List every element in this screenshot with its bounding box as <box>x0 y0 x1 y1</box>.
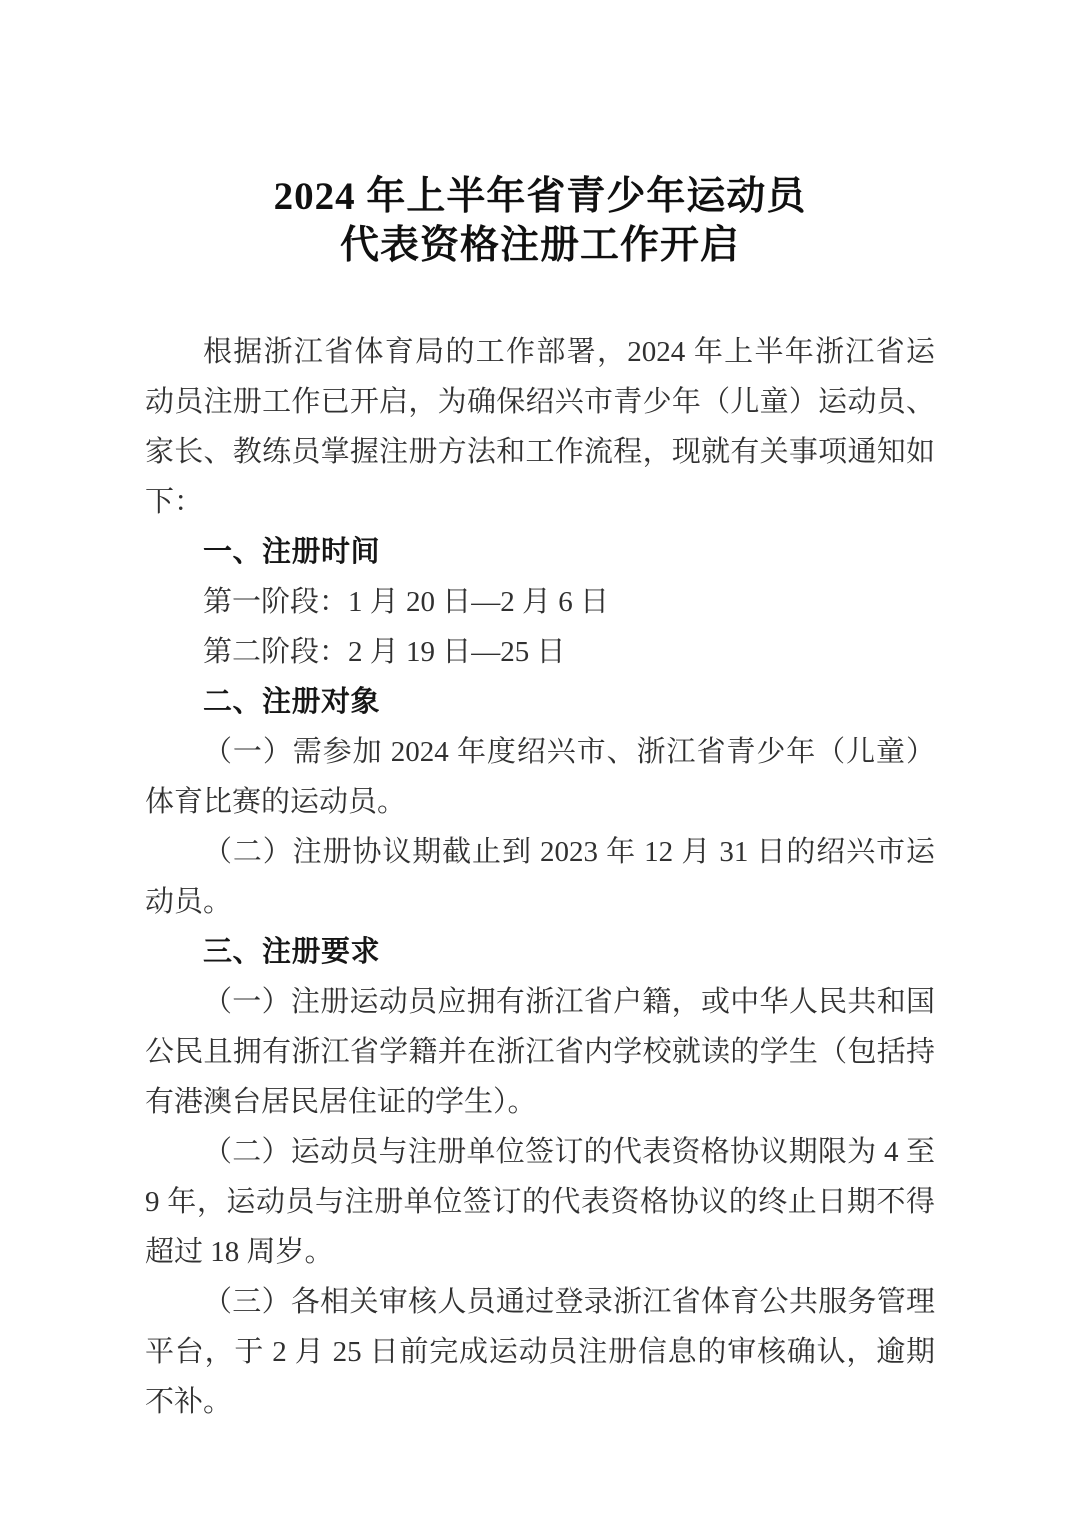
paragraph-requirement-1: （一）注册运动员应拥有浙江省户籍，或中华人民共和国公民且拥有浙江省学籍并在浙江省… <box>145 977 935 1127</box>
paragraph-target-1: （一）需参加 2024 年度绍兴市、浙江省青少年（儿童）体育比赛的运动员。 <box>145 727 935 827</box>
paragraph-phase-2: 第二阶段：2 月 19 日—25 日 <box>145 627 935 677</box>
paragraph-requirement-2: （二）运动员与注册单位签订的代表资格协议期限为 4 至 9 年，运动员与注册单位… <box>145 1127 935 1277</box>
paragraph-target-2: （二）注册协议期截止到 2023 年 12 月 31 日的绍兴市运动员。 <box>145 827 935 927</box>
section-heading-registration-targets: 二、注册对象 <box>145 677 935 727</box>
paragraph-intro: 根据浙江省体育局的工作部署，2024 年上半年浙江省运动员注册工作已开启，为确保… <box>145 327 935 527</box>
document-page: 2024 年上半年省青少年运动员 代表资格注册工作开启 根据浙江省体育局的工作部… <box>0 0 1080 1527</box>
section-heading-registration-time: 一、注册时间 <box>145 527 935 577</box>
paragraph-phase-1: 第一阶段：1 月 20 日—2 月 6 日 <box>145 577 935 627</box>
document-body: 根据浙江省体育局的工作部署，2024 年上半年浙江省运动员注册工作已开启，为确保… <box>145 327 935 1427</box>
paragraph-requirement-3: （三）各相关审核人员通过登录浙江省体育公共服务管理平台，于 2 月 25 日前完… <box>145 1277 935 1427</box>
document-title-line-2: 代表资格注册工作开启 <box>145 221 935 270</box>
document-title: 2024 年上半年省青少年运动员 代表资格注册工作开启 <box>145 172 935 270</box>
section-heading-registration-requirements: 三、注册要求 <box>145 927 935 977</box>
document-title-line-1: 2024 年上半年省青少年运动员 <box>145 172 935 221</box>
